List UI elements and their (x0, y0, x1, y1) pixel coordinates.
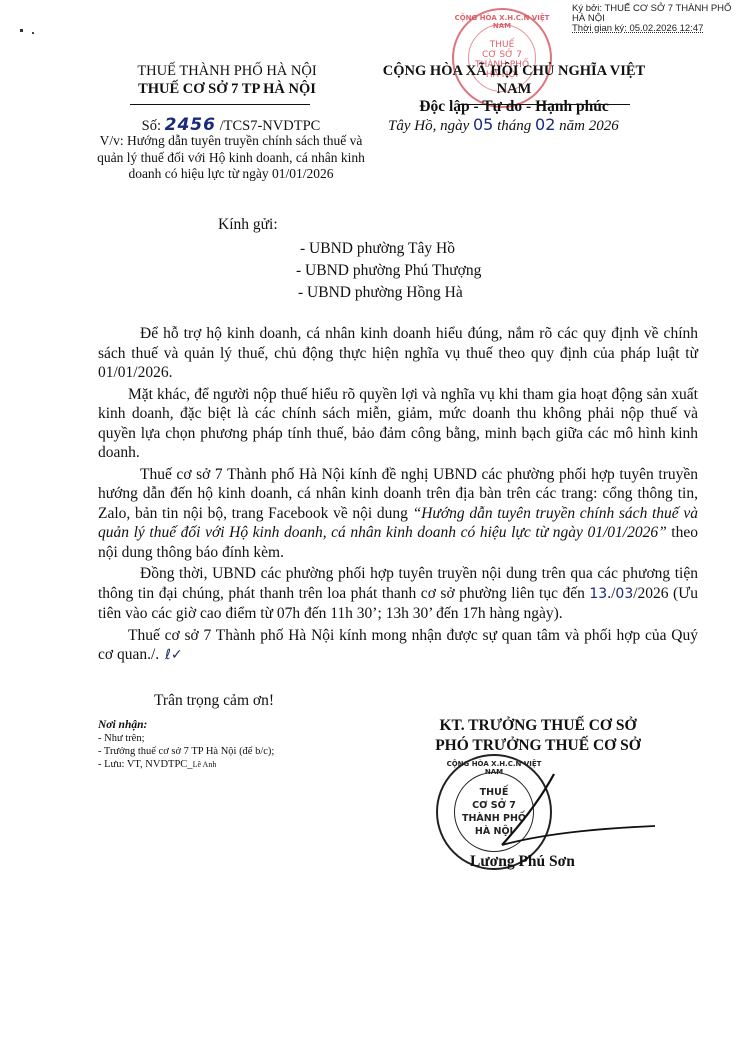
national-title: CỘNG HÒA XÃ HỘI CHỦ NGHĨA VIỆT NAM (364, 62, 664, 98)
archive-item: - Lưu: VT, NVDTPC_Lê Anh (98, 758, 274, 771)
signature-title: KT. TRƯỞNG THUẾ CƠ SỞ PHÓ TRƯỞNG THUẾ CƠ… (408, 716, 668, 756)
handwritten-day: 13 (589, 586, 607, 602)
scan-marks (10, 8, 40, 38)
divider (130, 104, 310, 105)
agency-name: THUẾ CƠ SỞ 7 TP HÀ NỘI (112, 80, 342, 98)
issuing-agency: THUẾ THÀNH PHỐ HÀ NỘI THUẾ CƠ SỞ 7 TP HÀ… (112, 62, 342, 98)
recipients-block: Nơi nhận: - Như trên; - Trưởng thuế cơ s… (98, 719, 274, 771)
signer-name: Lương Phú Sơn (470, 853, 575, 871)
archive-text: - Lưu: VT, NVDTPC_ (98, 759, 193, 770)
paragraph-4: Đồng thời, UBND các phường phối hợp tuyê… (98, 564, 698, 624)
national-motto: Độc lập - Tự do - Hạnh phúc (364, 98, 664, 116)
date-year: năm 2026 (559, 118, 619, 134)
recipients-title: Nơi nhận: (98, 719, 274, 732)
addressee-label: Kính gửi: (218, 216, 278, 234)
document-subject: V/v: Hướng dẫn tuyên truyền chính sách t… (96, 133, 366, 183)
paragraph-5-text: Thuế cơ sở 7 Thành phố Hà Nội kính mong … (98, 627, 698, 664)
handwritten-month: 03 (615, 586, 633, 602)
signed-by: Ký bởi: THUẾ CƠ SỞ 7 THÀNH PHỐ HÀ NỘI (572, 4, 740, 24)
paragraph-5: Thuế cơ sở 7 Thành phố Hà Nội kính mong … (98, 626, 698, 666)
signature-line-1: KT. TRƯỞNG THUẾ CƠ SỞ (408, 716, 668, 736)
document-number: Số: 2456 /TCS7-NVDTPC (96, 115, 366, 135)
stamp-line: THUẾ (454, 40, 550, 50)
digital-signature-info: Ký bởi: THUẾ CƠ SỞ 7 THÀNH PHỐ HÀ NỘI Th… (572, 4, 740, 34)
date-month: 02 (535, 115, 555, 134)
national-header: CỘNG HÒA XÃ HỘI CHỦ NGHĨA VIỆT NAM Độc l… (364, 62, 664, 116)
stamp-line: CƠ SỞ 7 (454, 50, 550, 60)
date-month-label: tháng (497, 118, 531, 134)
number-label: Số: (142, 118, 161, 134)
date-place: Tây Hồ, ngày (388, 118, 469, 134)
addressee-list: - UBND phường Tây Hồ - UBND phường Phú T… (300, 238, 481, 304)
paragraph-2: Mặt khác, để người nộp thuế hiểu rõ quyề… (98, 385, 698, 463)
addressee-item: - UBND phường Tây Hồ (300, 238, 481, 260)
addressee-item: - UBND phường Phú Thượng (296, 260, 481, 282)
handwritten-signature (440, 770, 660, 850)
signature-line-2: PHÓ TRƯỞNG THUẾ CƠ SỞ (408, 736, 668, 756)
parent-agency: THUẾ THÀNH PHỐ HÀ NỘI (112, 62, 342, 80)
archive-author: Lê Anh (193, 760, 217, 769)
handwritten-number: 2456 (165, 115, 216, 135)
recipient-item: - Trưởng thuế cơ sở 7 TP Hà Nội (để b/c)… (98, 745, 274, 758)
document-date: Tây Hồ, ngày 05 tháng 02 năm 2026 (388, 115, 688, 135)
stamp-ring-text: CỘNG HÒA X.H.C.N VIỆT NAM (454, 14, 550, 30)
initials-mark: ℓ✓ (165, 647, 183, 663)
paragraph-1: Để hỗ trợ hộ kinh doanh, cá nhân kinh do… (98, 324, 698, 383)
number-suffix: /TCS7-NVDTPC (220, 118, 321, 134)
addressee-item: - UBND phường Hồng Hà (298, 282, 481, 304)
closing-thanks: Trân trọng cảm ơn! (154, 692, 274, 710)
paragraph-4-text: Đồng thời, UBND các phường phối hợp tuyê… (98, 565, 698, 602)
divider (458, 104, 630, 105)
paragraph-3: Thuế cơ sở 7 Thành phố Hà Nội kính đề ng… (98, 465, 698, 563)
recipient-item: - Như trên; (98, 732, 274, 745)
signed-time: Thời gian ký: 05.02.2026 12:47 (572, 24, 740, 34)
document-body: Để hỗ trợ hộ kinh doanh, cá nhân kinh do… (98, 324, 698, 668)
date-day: 05 (473, 115, 493, 134)
